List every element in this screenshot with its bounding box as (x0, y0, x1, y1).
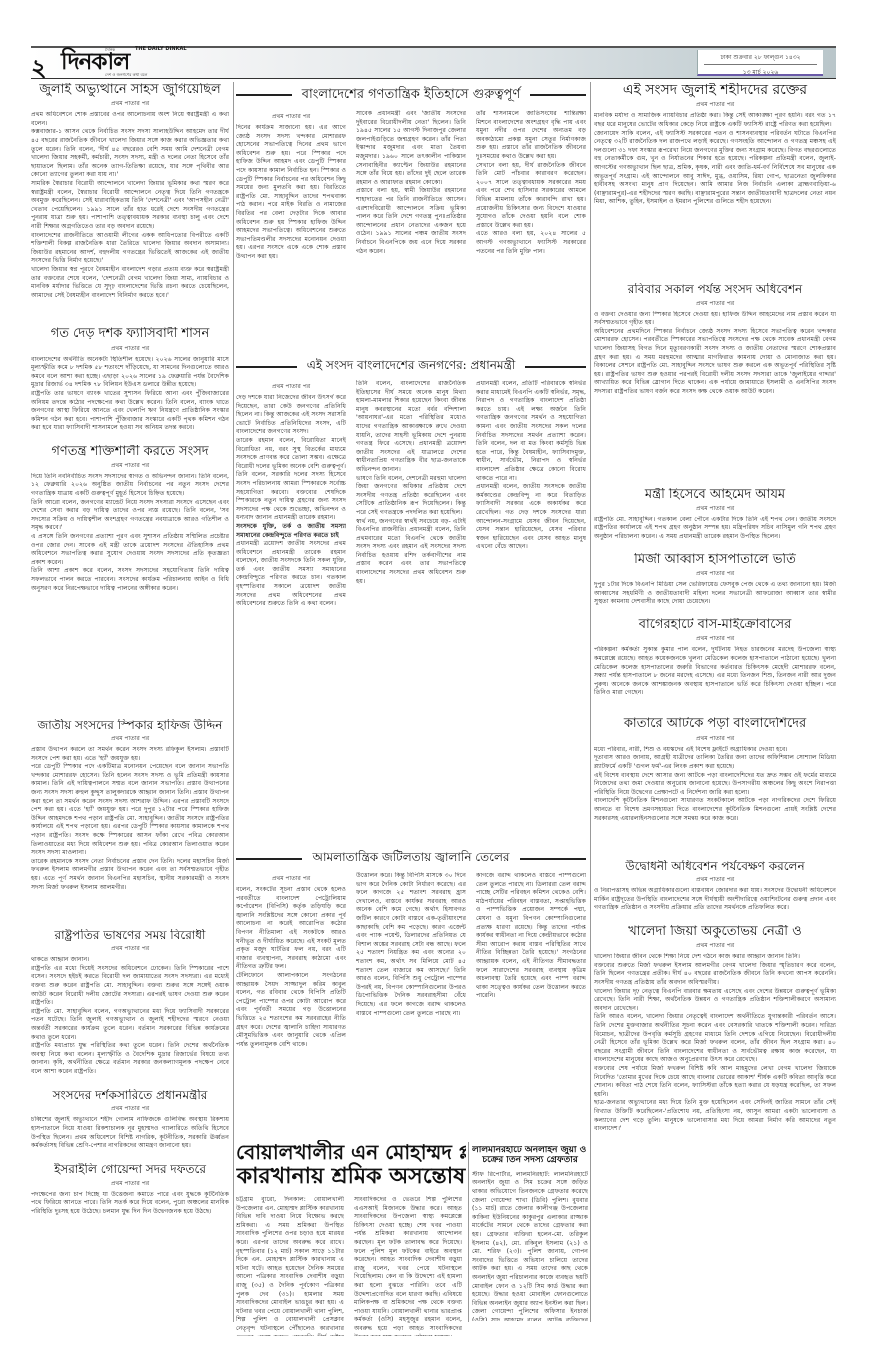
continued-label: প্রথম পাতার পর (594, 503, 836, 514)
paragraph: সেখানে বলা হয়, দীর্ঘ রাজনৈতিক জীবনে তিন… (476, 162, 586, 231)
headline[interactable]: মির্জা আব্বাস হাসপাতালে ভর্তি (594, 553, 836, 567)
banner-rule (236, 858, 302, 860)
article-democracy-parliament: গণতন্ত্র শক্তিশালী করতে সংসদ প্রথম পাতার… (31, 445, 229, 716)
banner-rule (520, 858, 586, 860)
article-body: প্রথম অধিবেশনে শোক প্রস্তাবের ওপর আলোচনা… (31, 111, 229, 324)
banner-headline[interactable]: বাংলাদেশের গণতান্ত্রিক ইতিহাসে গুরুত্বপূ… (292, 85, 530, 106)
paragraph: তিনি আশা প্রকাশ করে বলেন, সংসদ সদস্যদের … (31, 567, 229, 593)
left-column: জুলাই অভ্যুত্থানে সাহস জুগিয়েছিল প্রথম … (31, 80, 229, 1352)
paragraph: তিনি বলেন, বাংলাদেশের রাজনৈতিক ইতিহাসের … (356, 380, 466, 475)
headline[interactable]: গত দেড় দশক ফ্যাসিবাদী শাসন (31, 327, 229, 341)
continued-label: প্রথম পাতার পর (31, 460, 229, 471)
article-lalmonirhat: লালমনিরহাটে অনলাইন জুয়া ও সিম চক্রের তি… (472, 1146, 588, 1352)
article-fascist-rule: গত দেড় দশক ফ্যাসিবাদী শাসন প্রথম পাতার … (31, 327, 229, 441)
banner-rule (236, 94, 292, 96)
paragraph: স্বার্থ নয়, জনগণের স্বার্থই সবচেয়ে বড়… (356, 518, 466, 587)
article-body: চট্টগ্রাম ব্যুরো, দিনকাল: বোয়ালখালী উপজ… (236, 1196, 344, 1336)
article-body: মধ্যে পরিবার, নারী, শিশু ও বয়স্কদের এই … (594, 746, 836, 858)
paragraph: রাষ্ট্রপতি এর মধ্যে দিয়েই সংসদের অধিবেশ… (31, 965, 229, 1008)
article-body-col2: সাবেক প্রধানমন্ত্রী এবং 'জাতীয় সংসদের দ… (356, 110, 466, 354)
continued-label: প্রথম পাতার পর (31, 733, 229, 744)
article-body: খালেদা জিয়ার জীবন থেকে শিক্ষা নিয়ে দেশ… (594, 953, 836, 1343)
continued-label: প্রথম পাতার পর (31, 1103, 229, 1114)
paragraph: পরে ডেপুটি স্পিকার পদে একটিমাত্র মনোনয়ন… (31, 763, 229, 858)
newspaper-logo[interactable]: দিনকাল দৈনিক THE DAILY DINKAL দেশ ও জনগণ… (57, 48, 187, 78)
paragraph: দেড় দশকে যারা নিজেদের জীবন উৎসর্গ করে দ… (236, 394, 346, 437)
headline[interactable]: জুলাই অভ্যুত্থানে সাহস জুগিয়েছিল (31, 83, 229, 97)
headline[interactable]: ইসরাইলি গোয়েন্দা সদর দফতরে (31, 1163, 229, 1176)
article-body: বাংলাদেশের অর্থনীতি অনেকটা স্থিতিশীল হয়… (31, 356, 229, 442)
paragraph: প্রধানমন্ত্রী বলেন, প্রতিটি পরিবারকে স্ব… (476, 380, 586, 483)
paragraph: রাষ্ট্রপতি মো. সাহাবুদ্দিন বলেন, গণঅভ্যু… (31, 1008, 229, 1042)
headline[interactable]: বাগেরহাটে বাস-মাইক্রোবাসের (594, 618, 836, 632)
article-bagerhat-bus: বাগেরহাটে বাস-মাইক্রোবাসের প্রথম পাতার প… (594, 618, 836, 715)
paragraph: সামরিক স্বৈরাচার বিরোধী আন্দোলনে খালেদা … (31, 180, 229, 232)
logo-english: THE DAILY DINKAL (135, 46, 187, 52)
paragraph: বলেন, সংকটের সূচনা প্রস্তাব থেকে হলেও পর… (236, 886, 346, 972)
headline[interactable]: এই সংসদ জুলাই শহীদদের রক্তের (594, 83, 836, 98)
article-body-col2: সাংবাদিকদের ও ভেতরে শিল্প পুলিশের এএসআই … (354, 1196, 462, 1336)
article-body: মানবিক মর্যাদা ও সামাজিক ন্যায়বিচার প্র… (594, 112, 836, 279)
continued-label: প্রথম পাতার পর (31, 943, 229, 954)
paragraph: ভাষণে তিনি বলেন, দেশনেত্রী মরহুমা খালেদা… (356, 475, 466, 518)
article-body-col3: কাগজে বরাদ্দ থাকলেও বাস্তবে পাম্পগুলো তে… (476, 872, 586, 1138)
headline[interactable]: কাতারে আটকে পড়া বাংলাদেশিদের (594, 717, 836, 731)
paragraph: বক্তব্যের শেষ পর্যায়ে মির্জা ফখরুল বিশি… (594, 1065, 836, 1099)
article-israel-intel: ইসরাইলি গোয়েন্দা সদর দফতরে প্রথম পাতার … (31, 1163, 229, 1226)
masthead-rule (31, 78, 836, 79)
paragraph: ও নিরাপত্তাসহ অভিন্ন অগ্রাধিকারগুলো বাস্… (594, 887, 836, 913)
article-mirza-abbas: মির্জা আব্বাস হাসপাতালে ভর্তি প্রথম পাতা… (594, 553, 836, 616)
article-body: পদক্ষেপের জন্য চাপ দিচ্ছে যা উত্তেজনা কম… (31, 1191, 229, 1227)
article-body: দুপুর ১টার দিকে বিএনপি মিডিয়া সেল ভেরিফ… (594, 581, 836, 616)
paragraph: উত্তোলন করে। কিন্তু বিপিসি মাসকে ৩০ দিনে… (356, 872, 466, 1018)
paragraph: চট্টগ্রাম ব্যুরো, দিনকাল: বোয়ালখালী উপজ… (236, 1196, 344, 1336)
paragraph: রাষ্ট্রপতি মধ্যপ্রাচ্য যুদ্ধ পরিস্থিতির … (31, 1042, 229, 1076)
paragraph: খালেদা জিয়ার স্বপ্ন পূরণে বৈষম্যহীন বাং… (31, 266, 229, 300)
headline-line1[interactable]: লালমনিরহাটে অনলাইন জুয়া ও সিম (472, 1146, 588, 1156)
article-martyrs-blood: এই সংসদ জুলাই শহীদদের রক্তের প্রথম পাতার… (594, 83, 836, 279)
headline-line2[interactable]: কারখানায় শ্রমিক অসন্তোষ (236, 1164, 466, 1190)
article-body: বলেন, সংকটের সূচনা প্রস্তাব থেকে হলেও পর… (236, 886, 346, 1138)
article-body: থাকতে আহ্বান জানান। রাষ্ট্রপতি এর মধ্যে … (31, 956, 229, 1086)
paragraph: ছাত্র-জনতার অভ্যুত্থানের মধ্য দিয়ে তিনি… (594, 1099, 836, 1133)
continued-label: প্রথম পাতার পর (236, 873, 346, 884)
section-banner: আমলাতান্ত্রিক জটিলতায় জ্বালানি তেলের (236, 848, 586, 870)
headline-line2[interactable]: চক্রের তিন সদস্য গ্রেফতার (472, 1156, 588, 1166)
paragraph: তিনি আরও বলেন, খালেদা জিয়ার নেতৃত্বেই ব… (594, 1013, 836, 1065)
paragraph: প্রস্তাবে বলা হয়, স্বামী জিয়াউর রহমানে… (356, 187, 466, 256)
article-khaleda-fearless: খালেদা জিয়া অকুতোভয় নেত্রী ও প্রথম পাত… (594, 925, 836, 1343)
article-body: রাষ্ট্রপতি মো. সাহাবুদ্দিন। গতকাল বেলা প… (594, 516, 836, 551)
headline[interactable]: জাতীয় সংসদের স্পিকার হাফিজ উদ্দিন (31, 719, 229, 732)
paragraph: খালেদা জিয়ার জীবন থেকে শিক্ষা নিয়ে দেশ… (594, 953, 836, 962)
paragraph: প্রধানমন্ত্রী বলেন, জাতীয় সংসদকে জাতীয়… (476, 483, 586, 552)
banner-rule (236, 366, 297, 368)
banner-headline[interactable]: আমলাতান্ত্রিক জটিলতায় জ্বালানি তেলের (302, 849, 519, 869)
article-minister-azam: মন্ত্রী হিসেবে আহমেদ আযম প্রথম পাতার পর … (594, 488, 836, 551)
headline-line1[interactable]: বোয়ালখালীর এন মোহাম্মদ প্লাস্টিক (236, 1140, 466, 1164)
article-body-col3: তাঁর শাসনামলে জাতিসংঘের শান্তিরক্ষা মিশন… (476, 110, 586, 354)
paragraph: সাবেক প্রধানমন্ত্রী এবং 'জাতীয় সংসদের দ… (356, 110, 466, 187)
paragraph: দুপুর ১টার দিকে বিএনপি মিডিয়া সেল ভেরিফ… (594, 581, 836, 607)
paragraph: কক্সবাজার-১ আসন থেকে নির্বাচিত সংসদ সদস্… (31, 128, 229, 180)
paragraph: টেলিফোনে আলাপকালে সংগঠনের আহ্বায়ক সৈয়দ… (236, 972, 346, 1049)
paragraph: খালেদা জিয়ার দৃঢ় নেতৃত্বে বিএনপি বারবা… (594, 988, 836, 1014)
paragraph: তাঁর শাসনামলে জাতিসংঘের শান্তিরক্ষা মিশন… (476, 110, 586, 162)
paragraph: বক্তব্যের শুরুতে মির্জা ফখরুল ইসলাম আলমগ… (594, 962, 836, 988)
paragraph: কাগজে বরাদ্দ থাকলেও বাস্তবে পাম্পগুলো তে… (476, 872, 586, 1001)
date-english: ১৩ মার্চ ২০২৬ (698, 65, 823, 78)
article-president-speech: রাষ্ট্রপতির ভাষণের সময় বিরোধী প্রথম পাত… (31, 929, 229, 1086)
paragraph: তারেক রহমানকে সংসদ নেতা নির্বাচনের প্রস্… (31, 858, 229, 892)
section-banner: বাংলাদেশের গণতান্ত্রিক ইতিহাসে গুরুত্বপূ… (236, 84, 586, 106)
continued-label: প্রথম পাতার পর (594, 874, 836, 885)
continued-label: প্রথম পাতার পর (594, 633, 836, 644)
article-pm-people-mandate: প্রথম পাতার পর দেড় দশকে যারা নিজেদের জী… (236, 380, 586, 842)
paragraph: এ প্রসঙ্গে তিনি জনগণের প্রত্যাশা পূরণ এব… (31, 533, 229, 567)
paragraph: মানবিক মর্যাদা ও সামাজিক ন্যায়বিচার প্র… (594, 112, 836, 129)
paragraph: এই বিশেষ ব্যবস্থায় দেশে আসার জন্য আটকে … (594, 772, 836, 798)
article-body: চব্বিশের জুলাই অভ্যুত্থানে শহীদ গোলাম না… (31, 1116, 229, 1160)
article-plastic-factory: বোয়ালখালীর এন মোহাম্মদ প্লাস্টিক কারখান… (236, 1140, 466, 1352)
headline[interactable]: উদ্বোধনী অধিবেশন পর্যবেক্ষণ করলেন (594, 860, 836, 873)
article-body: ও নিরাপত্তাসহ অভিন্ন অগ্রাধিকারগুলো বাস্… (594, 887, 836, 922)
paragraph: বাংলাদেশের অর্থনীতি অনেকটা স্থিতিশীল হয়… (31, 356, 229, 390)
article-qatar-stranded: কাতারে আটকে পড়া বাংলাদেশিদের প্রথম পাতা… (594, 717, 836, 857)
paragraph: দিয়ে তিনি নবনির্বাচিত সংসদ সদস্যদের স্ব… (31, 473, 229, 499)
banner-headline[interactable]: এই সংসদ বাংলাদেশের জনগণের: প্রধানমন্ত্রী (297, 357, 526, 377)
paragraph: থাকতে আহ্বান জানান। (31, 956, 229, 965)
continued-label: প্রথম পাতার পর (594, 568, 836, 579)
right-column: এই সংসদ জুলাই শহীদদের রক্তের প্রথম পাতার… (594, 80, 836, 1352)
continued-label: প্রথম পাতার পর (594, 940, 836, 951)
article-body-col2: উত্তোলন করে। কিন্তু বিপিসি মাসকে ৩০ দিনে… (356, 872, 466, 1138)
date-box: ঢাকা শুক্রবার ২৮ ফাল্গুন ১৪৩২ ১৩ মার্চ ২… (697, 50, 823, 76)
headline[interactable]: মন্ত্রী হিসেবে আহমেদ আযম (594, 488, 836, 502)
paragraph: রাষ্ট্রপতি তার ভাষণে ব্যাংক খাতের সুশাসন… (31, 390, 229, 433)
article-body: ও বক্তব্য দেওয়ার জন্য স্পিকার হিসেবে দে… (594, 311, 836, 485)
article-pm-gallery: সংসদের দর্শকসারিতে প্রধানমন্ত্রীর প্রথম … (31, 1089, 229, 1160)
continued-label: প্রথম পাতার পর (594, 99, 836, 110)
headline[interactable]: খালেদা জিয়া অকুতোভয় নেত্রী ও (594, 925, 836, 939)
paragraph: ও বক্তব্য দেওয়ার জন্য স্পিকার হিসেবে দে… (594, 311, 836, 328)
continued-label: প্রথম পাতার পর (31, 343, 229, 354)
logo-daily: দৈনিক (105, 47, 115, 54)
headline[interactable]: সংসদের দর্শকসারিতে প্রধানমন্ত্রীর (31, 1089, 229, 1102)
masthead: ২ দিনকাল দৈনিক THE DAILY DINKAL দেশ ও জন… (31, 48, 836, 78)
paragraph: জোনায়েদ সাকি বলেন, এই ফ্যাসিস্ট সরকারের… (594, 130, 836, 207)
paragraph: অধিবেশনের প্রথমদিনে স্পিকার নির্বাচনে জ্… (594, 328, 836, 397)
headline[interactable]: রবিবার সকাল পর্যন্ত সংসদ অধিবেশন (594, 283, 836, 296)
continued-label: প্রথম পাতার পর (236, 111, 346, 122)
paragraph: তারেক রহমান বলেন, বিরোধিতা মানেই বিরোধিত… (236, 437, 346, 523)
continued-label: প্রথম পাতার পর (31, 98, 229, 109)
headline[interactable]: গণতন্ত্র শক্তিশালী করতে সংসদ (31, 445, 229, 459)
logo-text: দিনকাল (61, 50, 129, 74)
article-sunday-session: রবিবার সকাল পর্যন্ত সংসদ অধিবেশন প্রথম প… (594, 283, 836, 484)
paragraph: প্রধানমন্ত্রী ত্রয়োদশ জাতীয় সংসদের প্র… (236, 540, 346, 609)
column-divider (233, 82, 234, 1322)
paragraph: সাংবাদিকদের ও ভেতরে শিল্প পুলিশের এএসআই … (354, 1196, 462, 1336)
article-july-courage: জুলাই অভ্যুত্থানে সাহস জুগিয়েছিল প্রথম … (31, 83, 229, 324)
article-body-col3: প্রধানমন্ত্রী বলেন, প্রতিটি পরিবারকে স্ব… (476, 380, 586, 842)
paragraph: বাংলাদেশের রাজনীতিতে আওয়ামী লীগের একক আ… (31, 232, 229, 266)
continued-label: প্রথম পাতার পর (594, 733, 836, 744)
article-speaker-hafiz: জাতীয় সংসদের স্পিকার হাফিজ উদ্দিন প্রথম… (31, 719, 229, 926)
headline[interactable]: রাষ্ট্রপতির ভাষণের সময় বিরোধী (31, 929, 229, 942)
paragraph: রাষ্ট্রপতি মো. সাহাবুদ্দিন। গতকাল বেলা প… (594, 516, 836, 542)
paragraph: তিনি আরো বলেন, জনগণের ম্যান্ডেট নিয়ে সং… (31, 499, 229, 533)
paragraph: চব্বিশের জুলাই অভ্যুত্থানে শহীদ গোলাম না… (31, 1116, 229, 1150)
paragraph: পরিকল্পনা কর্মকর্তা সুকান্ত কুমার পাল বল… (594, 646, 836, 698)
subheading: সংসদকে যুক্তি, তর্ক ও জাতীয় সমস্যা সমাধ… (236, 523, 346, 540)
paragraph: দূতাবাস আরও জানায়, আগ্রহী যাত্রীদের তাল… (594, 754, 836, 771)
article-inaugural-session: উদ্বোধনী অধিবেশন পর্যবেক্ষণ করলেন প্রথম … (594, 860, 836, 922)
banner-rule (525, 366, 586, 368)
continued-label: প্রথম পাতার পর (31, 1178, 229, 1189)
article-body-col2: তিনি বলেন, বাংলাদেশের রাজনৈতিক ইতিহাসের … (356, 380, 466, 842)
paragraph: দিনের কার্যক্রম সাজানো হয়। এর আগে জ্যেষ… (236, 124, 346, 262)
date-bangla: ঢাকা শুক্রবার ২৮ ফাল্গুন ১৪৩২ (704, 50, 817, 65)
article-body: প্রস্তাব উত্থাপন করলে তা সমর্থন করেন সংস… (31, 746, 229, 926)
paragraph: প্রস্তাব উত্থাপন করলে তা সমর্থন করেন সংস… (31, 746, 229, 763)
continued-label: প্রথম পাতার পর (594, 298, 836, 309)
paragraph: পদক্ষেপের জন্য চাপ দিচ্ছে যা উত্তেজনা কম… (31, 1191, 229, 1217)
article-body: দিয়ে তিনি নবনির্বাচিত সংসদ সদস্যদের স্ব… (31, 473, 229, 716)
paragraph: স্টাফ রিপোর্টার, লালমনিরহাট: লালমনিরহাটে… (472, 1171, 588, 1321)
article-fuel-oil: প্রথম পাতার পর বলেন, সংকটের সূচনা প্রস্ত… (236, 872, 586, 1138)
paragraph: প্রথম অধিবেশনে শোক প্রস্তাবের ওপর আলোচনা… (31, 111, 229, 128)
article-body: স্টাফ রিপোর্টার, লালমনিরহাট: লালমনিরহাটে… (472, 1171, 588, 1321)
article-body: দেড় দশকে যারা নিজেদের জীবন উৎসর্গ করে দ… (236, 394, 346, 842)
section-banner: এই সংসদ বাংলাদেশের জনগণের: প্রধানমন্ত্রী (236, 356, 586, 378)
continued-label: প্রথম পাতার পর (236, 381, 346, 392)
column-divider (590, 82, 591, 1322)
paragraph: বাংলাদেশি কূটনৈতিক মিশনগুলো সাধারণত সংকট… (594, 797, 836, 823)
column-divider (468, 1142, 469, 1322)
paragraph: এতে আরও বলা হয়, ২০২৪ সালের ৫ আগস্ট গণঅভ… (476, 230, 586, 256)
article-democratic-history: প্রথম পাতার পর দিনের কার্যক্রম সাজানো হয… (236, 110, 586, 354)
banner-rule (530, 94, 586, 96)
article-body: পরিকল্পনা কর্মকর্তা সুকান্ত কুমার পাল বল… (594, 646, 836, 715)
article-body: দিনের কার্যক্রম সাজানো হয়। এর আগে জ্যেষ… (236, 124, 346, 354)
